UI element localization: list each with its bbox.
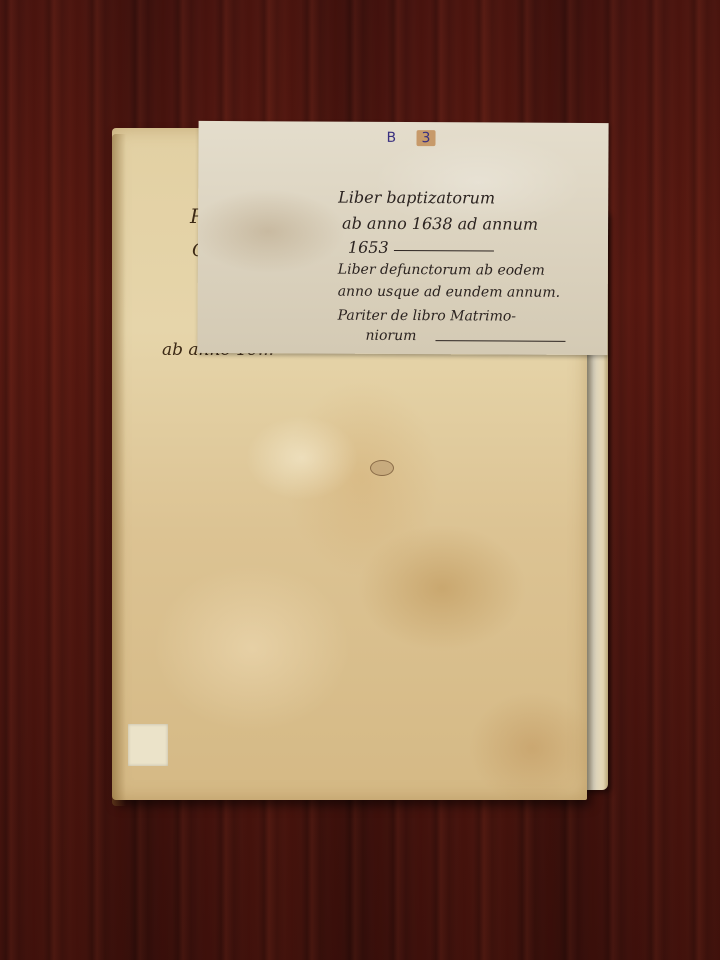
clasp-mark [370,460,394,476]
label-line-3: 1653 [348,238,389,257]
shelfmark-number: 3 [416,130,435,146]
label-line-1: Liber baptizatorum [338,188,495,208]
label-rule-1 [394,250,494,252]
label-line-7: niorum [365,328,416,344]
handwritten-label: B 3 Liber baptizatorum ab anno 1638 ad a… [197,121,608,355]
book: P C ab anno 16... B 3 Liber baptizatorum… [112,122,606,800]
label-rule-2 [435,340,565,342]
label-line-5: anno usque ad eundem annum. [338,284,560,301]
shelfmark-letter: B [386,130,396,146]
label-line-6: Pariter de libro Matrimo- [338,308,517,325]
paper-tag [128,724,168,766]
label-line-2: ab anno 1638 ad annum [342,214,538,234]
label-line-4: Liber defunctorum ab eodem [338,262,545,279]
spine [112,134,126,806]
